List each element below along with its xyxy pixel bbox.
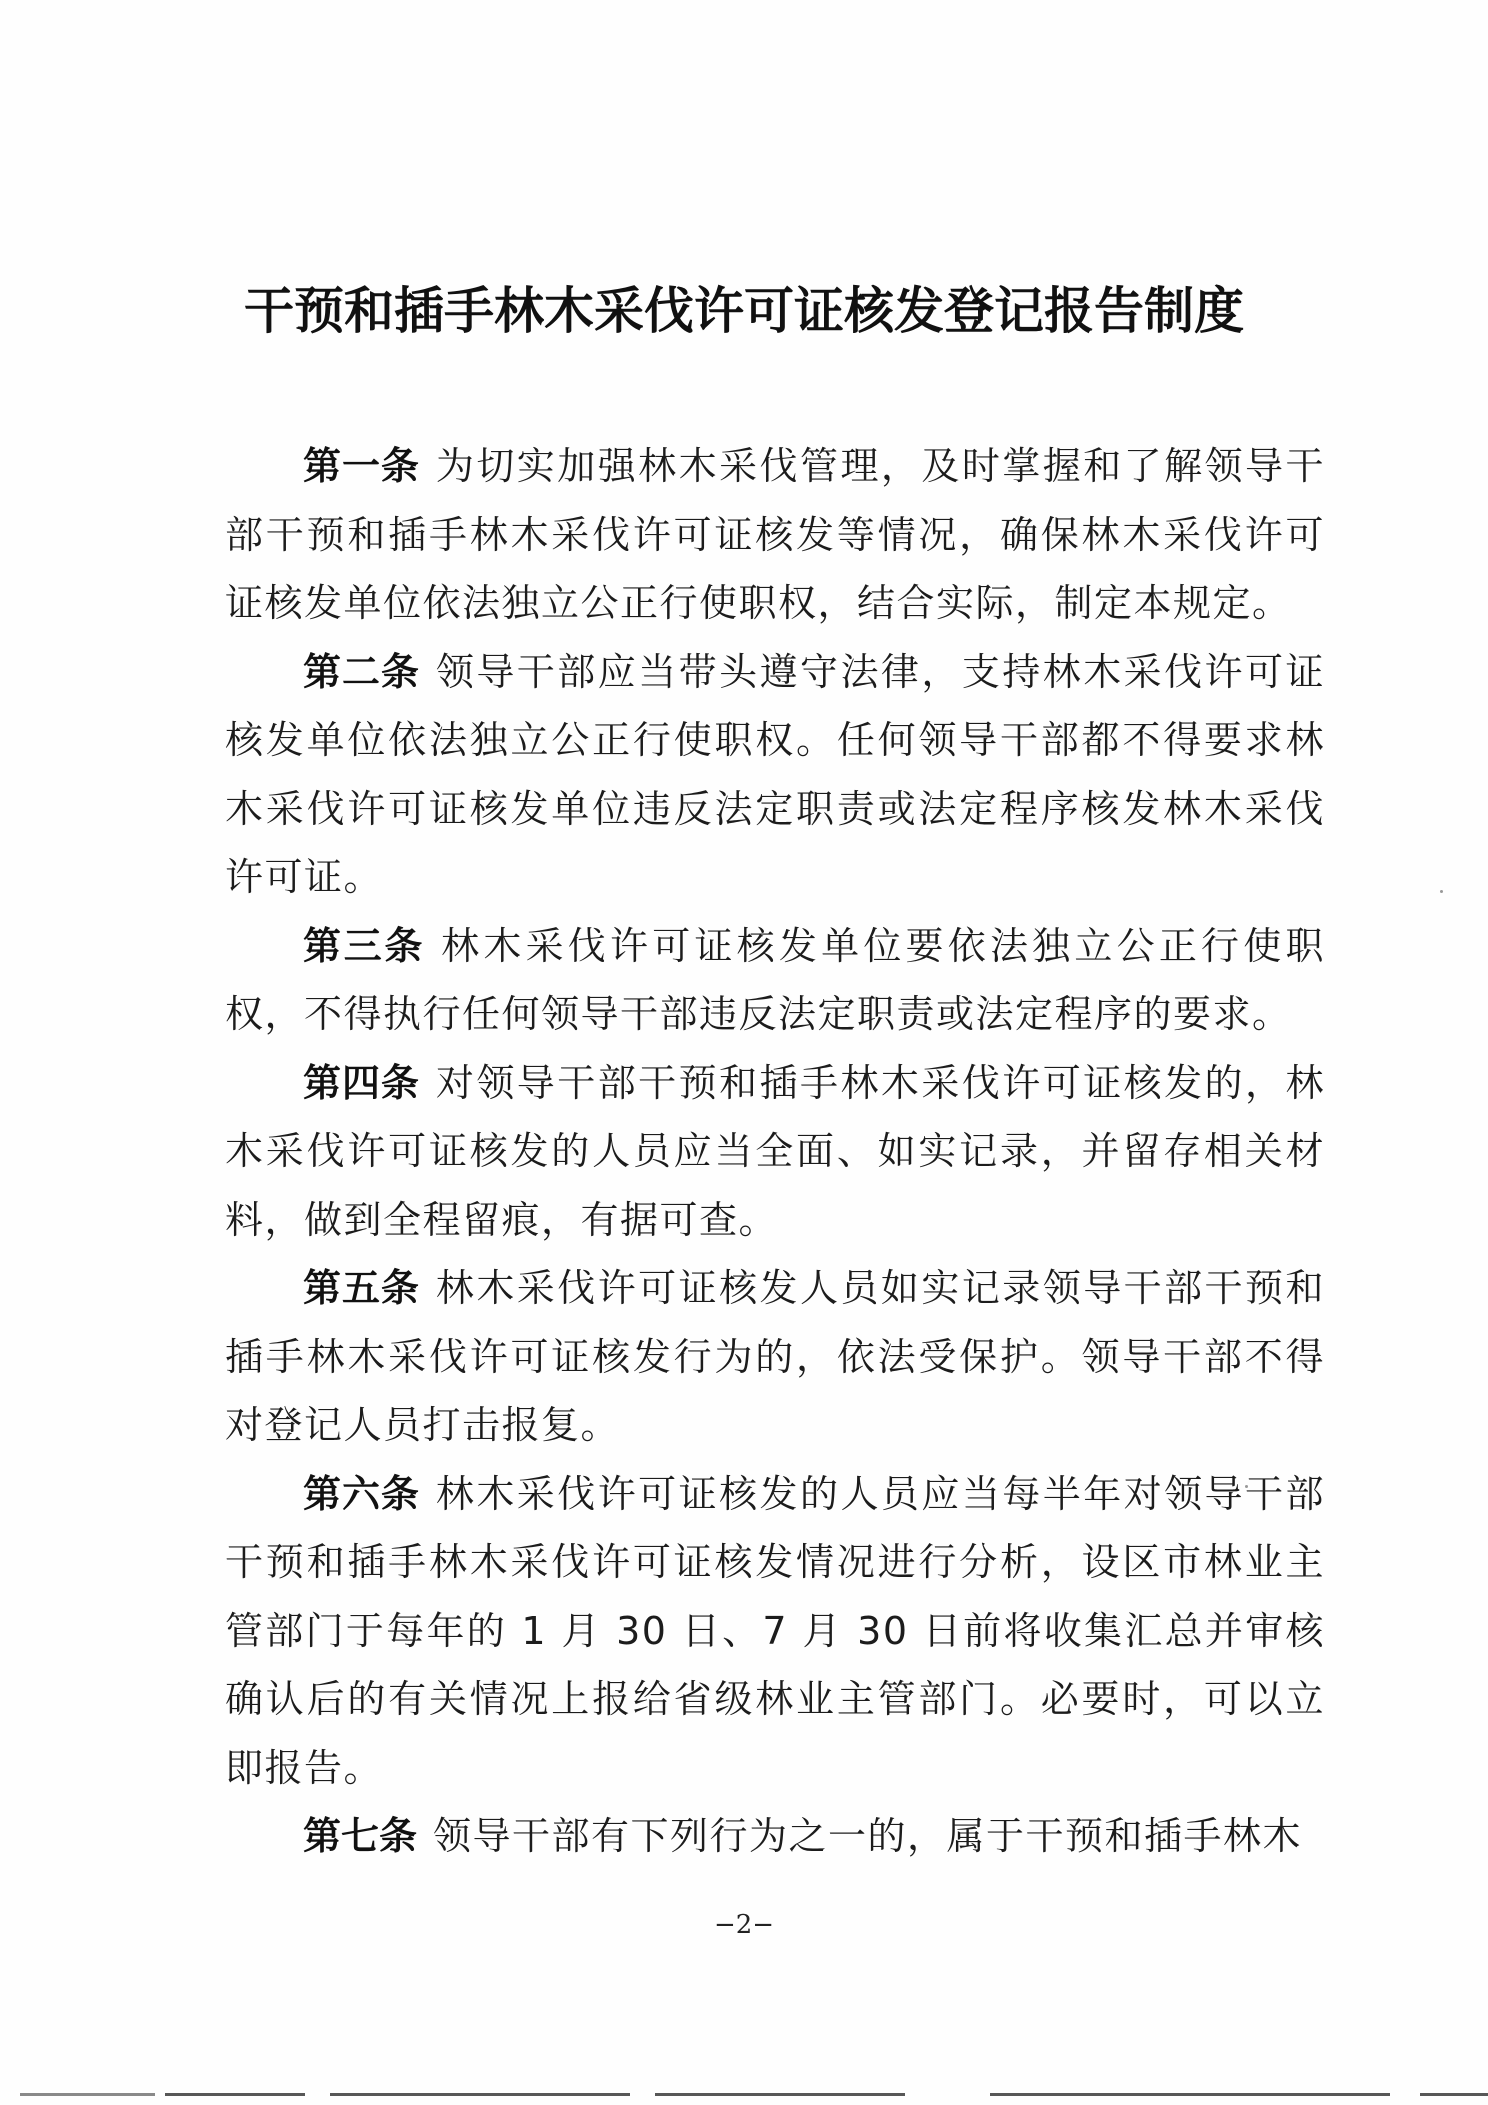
document-title: 干预和插手林木采伐许可证核发登记报告制度 bbox=[0, 276, 1488, 346]
article-number: 第七条 bbox=[303, 1814, 417, 1858]
page-number: −2− bbox=[0, 1910, 1488, 1940]
scan-speck bbox=[1440, 890, 1443, 893]
scan-edge-line bbox=[165, 2093, 305, 2096]
scan-edge-line bbox=[990, 2093, 1390, 2096]
scan-edge-line bbox=[1420, 2093, 1488, 2096]
article-2: 第二条领导干部应当带头遵守法律，支持林木采伐许可证核发单位依法独立公正行使职权。… bbox=[225, 638, 1325, 912]
article-number: 第五条 bbox=[303, 1266, 420, 1310]
scan-edge-line bbox=[655, 2093, 905, 2096]
scan-edge-line bbox=[330, 2093, 630, 2096]
article-text: 领导干部有下列行为之一的，属于干预和插手林木 bbox=[433, 1814, 1302, 1858]
article-number: 第二条 bbox=[303, 650, 420, 694]
scan-speck bbox=[1245, 1485, 1248, 1488]
article-3: 第三条林木采伐许可证核发单位要依法独立公正行使职权，不得执行任何领导干部违反法定… bbox=[225, 912, 1325, 1049]
article-6: 第六条林木采伐许可证核发的人员应当每半年对领导干部干预和插手林木采伐许可证核发情… bbox=[225, 1460, 1325, 1803]
article-1: 第一条为切实加强林木采伐管理，及时掌握和了解领导干部干预和插手林木采伐许可证核发… bbox=[225, 432, 1325, 638]
scan-edge-line bbox=[20, 2093, 155, 2096]
article-text: 林木采伐许可证核发的人员应当每半年对领导干部干预和插手林木采伐许可证核发情况进行… bbox=[225, 1472, 1325, 1790]
article-number: 第四条 bbox=[303, 1061, 420, 1105]
document-body: 第一条为切实加强林木采伐管理，及时掌握和了解领导干部干预和插手林木采伐许可证核发… bbox=[225, 432, 1325, 1871]
document-page: 干预和插手林木采伐许可证核发登记报告制度 第一条为切实加强林木采伐管理，及时掌握… bbox=[0, 0, 1488, 2105]
article-number: 第三条 bbox=[303, 924, 425, 968]
article-number: 第六条 bbox=[303, 1472, 420, 1516]
article-4: 第四条对领导干部干预和插手林木采伐许可证核发的，林木采伐许可证核发的人员应当全面… bbox=[225, 1049, 1325, 1255]
article-number: 第一条 bbox=[303, 444, 420, 488]
article-5: 第五条林木采伐许可证核发人员如实记录领导干部干预和插手林木采伐许可证核发行为的，… bbox=[225, 1254, 1325, 1460]
article-7: 第七条领导干部有下列行为之一的，属于干预和插手林木 bbox=[225, 1802, 1325, 1871]
